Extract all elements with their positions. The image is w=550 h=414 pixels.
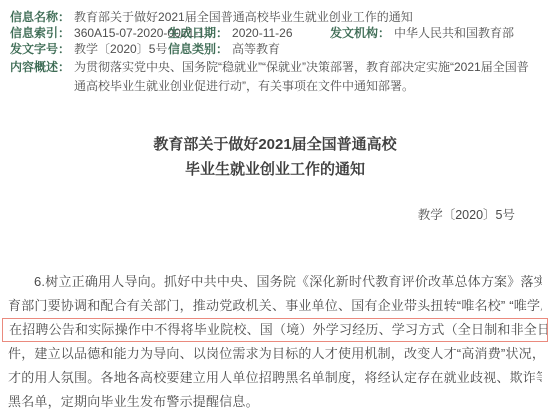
info-category-label: 信息类别： xyxy=(168,42,228,57)
document-title: 教育部关于做好2021届全国普通高校 毕业生就业创业工作的通知 xyxy=(0,132,550,182)
info-summary-value: 为贯彻落实党中央、国务院“稳就业”“保就业”决策部署，教育部决定实施“2021届… xyxy=(74,58,540,96)
info-meta-block: 信息名称： 教育部关于做好2021届全国普通高校毕业生就业创业工作的通知 信息索… xyxy=(0,0,550,96)
info-date-value: 2020-11-26 xyxy=(232,26,293,41)
info-name-label: 信息名称： xyxy=(10,10,70,25)
info-docno-value: 教学〔2020〕5号 xyxy=(74,42,167,57)
info-row-summary: 内容概述： 为贯彻落实党中央、国务院“稳就业”“保就业”决策部署，教育部决定实施… xyxy=(10,58,540,96)
info-pair-org: 发文机构： 中华人民共和国教育部 xyxy=(330,26,514,41)
document-number: 教学〔2020〕5号 xyxy=(0,208,550,223)
paragraph-line-highlighted: 在招聘公告和实际操作中不得将毕业院校、国（境）外学习经历、学习方式（全日制和非全… xyxy=(2,318,548,342)
info-summary-label: 内容概述： xyxy=(10,58,70,77)
paragraph-line: 才的用人氛围。各地各高校要建立用人单位招聘黑名单制度，将经认定存在就业歧视、欺诈… xyxy=(8,366,542,390)
info-row-name: 信息名称： 教育部关于做好2021届全国普通高校毕业生就业创业工作的通知 xyxy=(10,10,540,25)
info-row-index-date-org: 信息索引： 360A15-07-2020-0021-1 生成日期： 2020-1… xyxy=(10,26,540,41)
document-page: 信息名称： 教育部关于做好2021届全国普通高校毕业生就业创业工作的通知 信息索… xyxy=(0,0,550,414)
info-name-value: 教育部关于做好2021届全国普通高校毕业生就业创业工作的通知 xyxy=(74,10,413,25)
info-pair-docno: 发文字号： 教学〔2020〕5号 xyxy=(10,42,168,57)
info-pair-category: 信息类别： 高等教育 xyxy=(168,42,280,57)
info-index-label: 信息索引： xyxy=(10,26,70,41)
document-title-line1: 教育部关于做好2021届全国普通高校 xyxy=(0,132,550,157)
info-row-docno-category: 发文字号： 教学〔2020〕5号 信息类别： 高等教育 xyxy=(10,42,540,57)
info-org-value: 中华人民共和国教育部 xyxy=(394,26,514,41)
info-pair-date: 生成日期： 2020-11-26 xyxy=(168,26,330,41)
paragraph-line: 育部门要协调和配合有关部门，推动党政机关、事业单位、国有企业带头扭转“唯名校” … xyxy=(8,294,542,318)
paragraph-line: 件，建立以品德和能力为导向、以岗位需求为目标的人才使用机制，改变人才“高消费”状… xyxy=(8,342,542,366)
info-docno-label: 发文字号： xyxy=(10,42,70,57)
info-pair-index: 信息索引： 360A15-07-2020-0021-1 xyxy=(10,26,168,41)
paragraph-line: 6.树立正确用人导向。抓好中共中央、国务院《深化新时代教育评价改革总体方案》落实… xyxy=(8,270,542,294)
document-title-line2: 毕业生就业创业工作的通知 xyxy=(0,157,550,182)
info-org-label: 发文机构： xyxy=(330,26,390,41)
info-category-value: 高等教育 xyxy=(232,42,280,57)
body-paragraph: 6.树立正确用人导向。抓好中共中央、国务院《深化新时代教育评价改革总体方案》落实… xyxy=(0,270,550,414)
info-date-label: 生成日期： xyxy=(168,26,228,41)
paragraph-line: 黑名单，定期向毕业生发布警示提醒信息。 xyxy=(8,390,542,414)
